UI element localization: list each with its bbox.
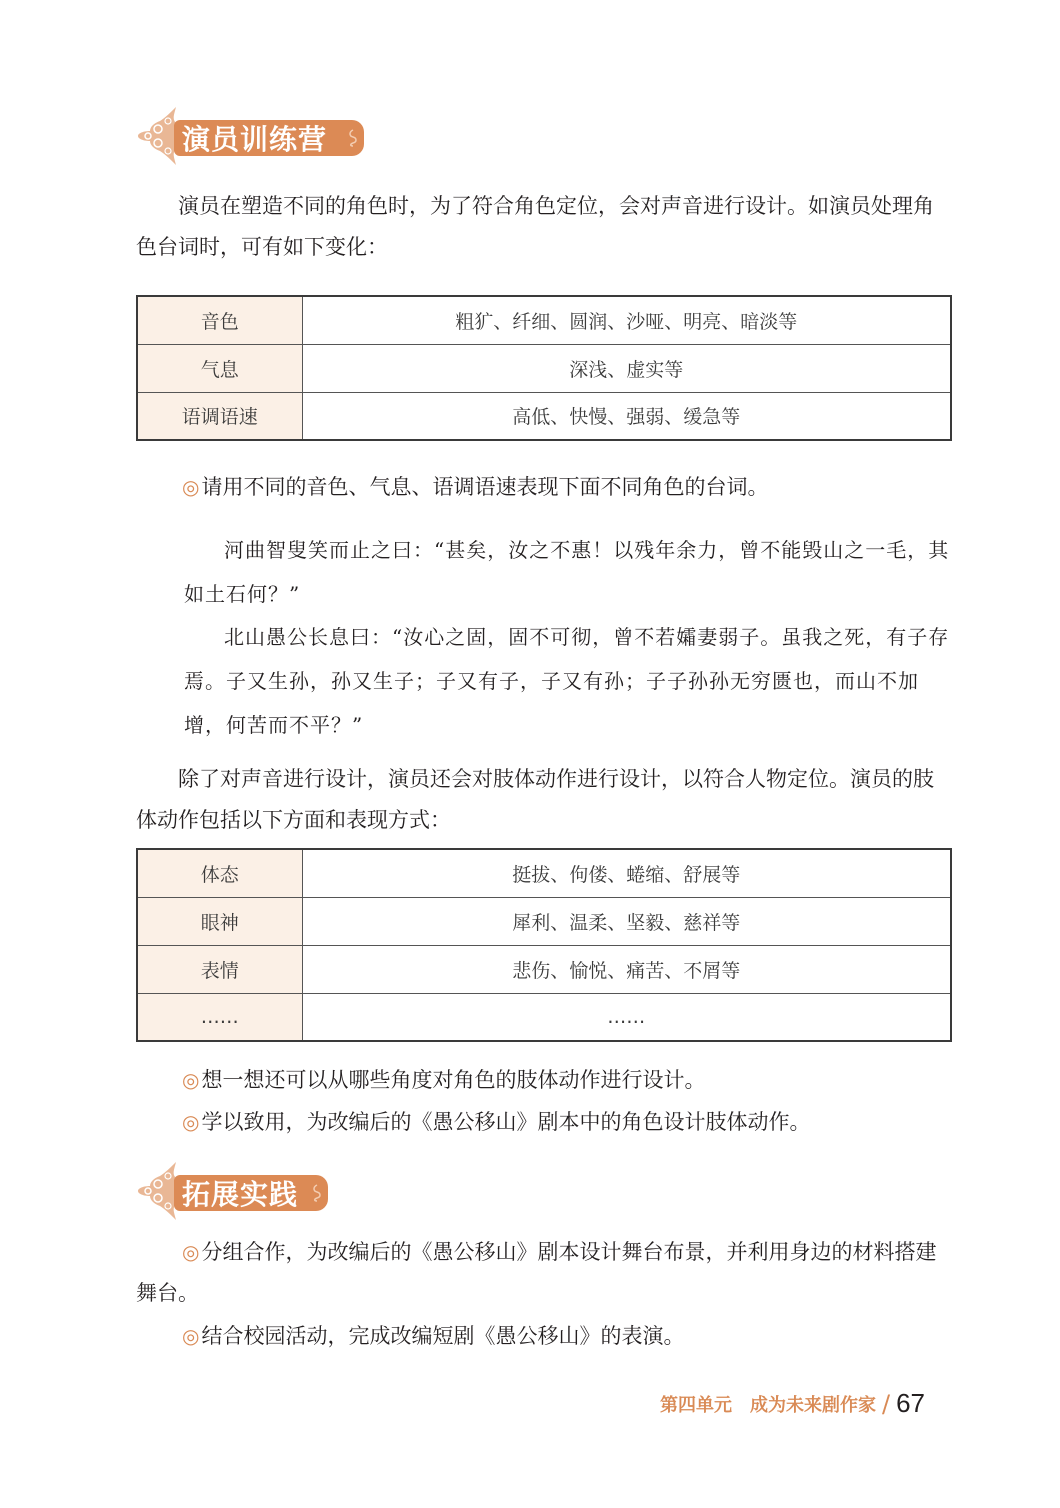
double-circle-bullet-icon: ◎ <box>182 475 199 499</box>
separator: / <box>882 1390 890 1418</box>
double-circle-bullet-icon: ◎ <box>182 1324 199 1348</box>
task-item: ◎想一想还可以从哪些角度对角色的肢体动作进行设计。 <box>182 1060 705 1101</box>
table-value-cell: 粗犷、纤细、圆润、沙哑、明亮、暗淡等 <box>302 296 951 344</box>
table-key-cell: 体态 <box>137 849 302 897</box>
table-value-cell: 高低、快慢、强弱、缓急等 <box>302 392 951 440</box>
task-text: 结合校园活动，完成改编短剧《愚公移山》的表演。 <box>201 1324 684 1348</box>
voice-design-table: 音色 粗犷、纤细、圆润、沙哑、明亮、暗淡等 气息 深浅、虚实等 语调语速 高低、… <box>136 295 952 441</box>
unit-label: 第四单元 <box>660 1391 732 1417</box>
section-title: 演员训练营 <box>182 118 327 158</box>
section-header-actor-training: 演员训练营 <box>136 103 366 169</box>
unit-title: 成为未来剧作家 <box>750 1391 876 1417</box>
page-footer: 第四单元 成为未来剧作家 / 67 <box>660 1388 925 1419</box>
quote-text: 北山愚公长息曰：“汝心之固，固不可彻，曾不若孀妻弱子。虽我之死，有子存焉。子又生… <box>184 625 949 737</box>
section-title: 拓展实践 <box>182 1173 298 1213</box>
quote-zhisou: 河曲智叟笑而止之曰：“甚矣，汝之不惠！以残年余力，曾不能毁山之一毛，其如土石何？… <box>184 528 952 616</box>
double-circle-bullet-icon: ◎ <box>182 1110 199 1134</box>
task-text: 学以致用，为改编后的《愚公移山》剧本中的角色设计肢体动作。 <box>201 1110 810 1134</box>
scroll-curl-icon <box>348 129 358 147</box>
table-row: 眼神 犀利、温柔、坚毅、慈祥等 <box>137 897 951 945</box>
table-value-cell: …… <box>302 993 951 1041</box>
table-row: …… …… <box>137 993 951 1041</box>
table-row: 体态 挺拔、佝偻、蜷缩、舒展等 <box>137 849 951 897</box>
double-circle-bullet-icon: ◎ <box>182 1068 199 1092</box>
double-circle-bullet-icon: ◎ <box>182 1240 199 1264</box>
quote-text: 河曲智叟笑而止之曰：“甚矣，汝之不惠！以残年余力，曾不能毁山之一毛，其如土石何？… <box>184 538 949 606</box>
table-value-cell: 挺拔、佝偻、蜷缩、舒展等 <box>302 849 951 897</box>
body-movement-paragraph: 除了对声音进行设计，演员还会对肢体动作进行设计，以符合人物定位。演员的肢体动作包… <box>136 759 952 841</box>
task-item: ◎请用不同的音色、气息、语调语速表现下面不同角色的台词。 <box>182 467 768 508</box>
task-item: ◎结合校园活动，完成改编短剧《愚公移山》的表演。 <box>182 1316 684 1357</box>
table-value-cell: 悲伤、愉悦、痛苦、不屑等 <box>302 945 951 993</box>
table-value-cell: 深浅、虚实等 <box>302 344 951 392</box>
task-item: ◎分组合作，为改编后的《愚公移山》剧本设计舞台布景，并利用身边的材料搭建舞台。 <box>136 1232 952 1314</box>
title-banner: 演员训练营 <box>174 120 364 156</box>
scroll-curl-icon <box>312 1184 322 1202</box>
table-row: 音色 粗犷、纤细、圆润、沙哑、明亮、暗淡等 <box>137 296 951 344</box>
table-key-cell: 语调语速 <box>137 392 302 440</box>
table-key-cell: 眼神 <box>137 897 302 945</box>
title-banner: 拓展实践 <box>174 1175 328 1211</box>
table-row: 表情 悲伤、愉悦、痛苦、不屑等 <box>137 945 951 993</box>
table-row: 语调语速 高低、快慢、强弱、缓急等 <box>137 392 951 440</box>
task-text: 想一想还可以从哪些角度对角色的肢体动作进行设计。 <box>201 1068 705 1092</box>
task-text: 请用不同的音色、气息、语调语速表现下面不同角色的台词。 <box>201 475 768 499</box>
page-number: 67 <box>896 1388 925 1419</box>
table-key-cell: 表情 <box>137 945 302 993</box>
task-text: 分组合作，为改编后的《愚公移山》剧本设计舞台布景，并利用身边的材料搭建舞台。 <box>136 1240 936 1305</box>
quote-yugong: 北山愚公长息曰：“汝心之固，固不可彻，曾不若孀妻弱子。虽我之死，有子存焉。子又生… <box>184 615 952 747</box>
body-movement-table: 体态 挺拔、佝偻、蜷缩、舒展等 眼神 犀利、温柔、坚毅、慈祥等 表情 悲伤、愉悦… <box>136 848 952 1042</box>
intro-paragraph: 演员在塑造不同的角色时，为了符合角色定位，会对声音进行设计。如演员处理角色台词时… <box>136 186 952 268</box>
task-item: ◎学以致用，为改编后的《愚公移山》剧本中的角色设计肢体动作。 <box>182 1102 810 1143</box>
table-key-cell: 气息 <box>137 344 302 392</box>
table-value-cell: 犀利、温柔、坚毅、慈祥等 <box>302 897 951 945</box>
table-row: 气息 深浅、虚实等 <box>137 344 951 392</box>
table-key-cell: 音色 <box>137 296 302 344</box>
table-key-cell: …… <box>137 993 302 1041</box>
section-header-extended-practice: 拓展实践 <box>136 1158 336 1224</box>
